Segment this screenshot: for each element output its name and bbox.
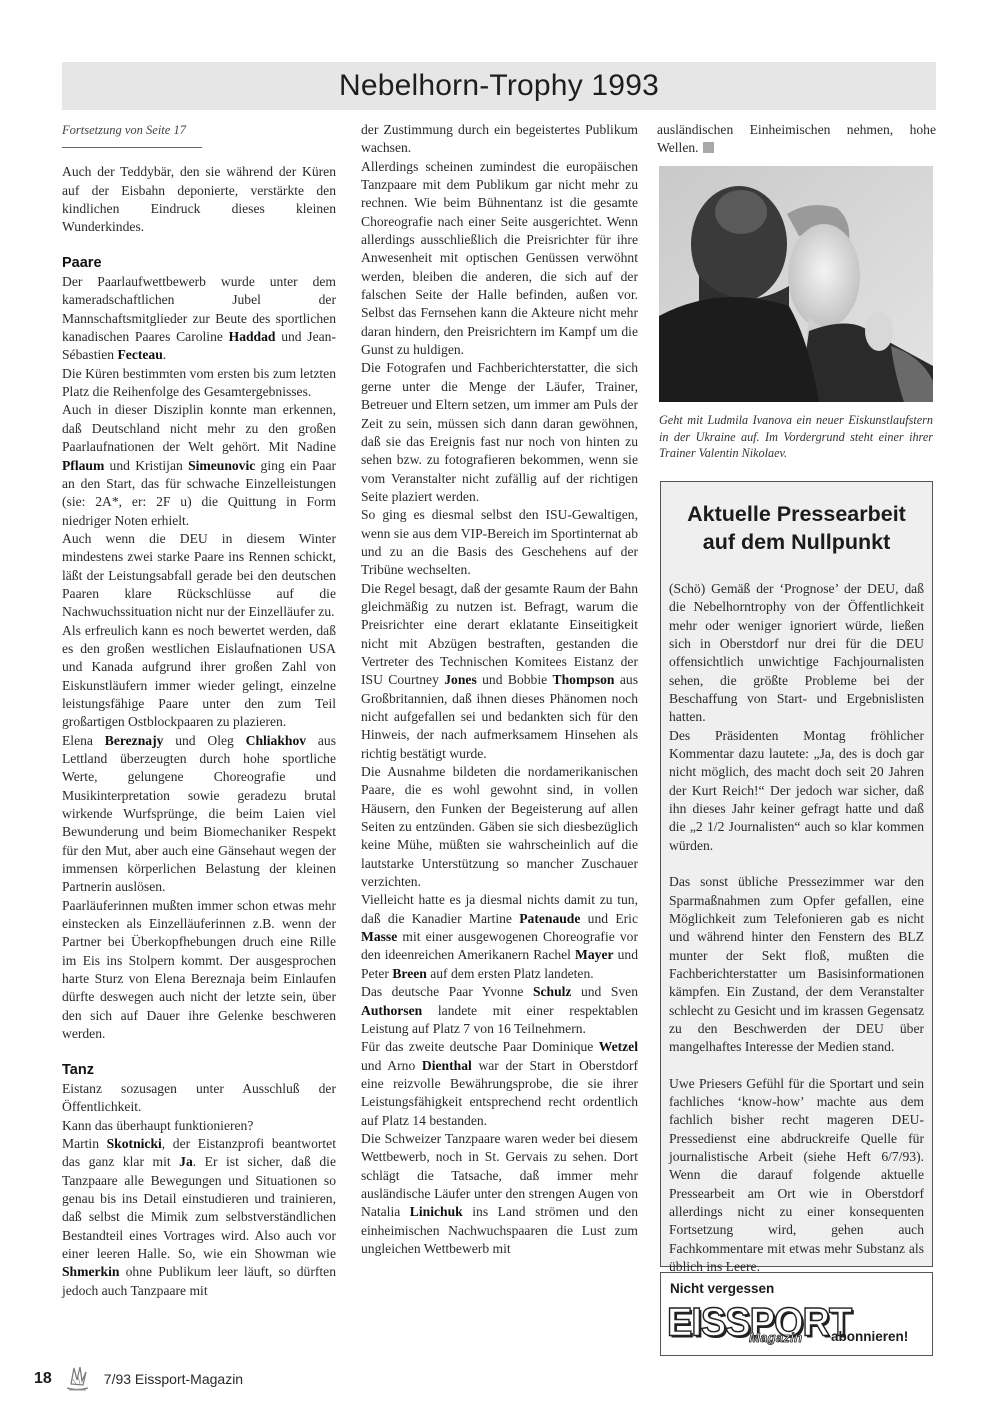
- paragraph: Eistanz sozusagen unter Ausschluß der Öf…: [62, 1080, 336, 1117]
- paragraph: Die Küren bestimmten vom ersten bis zum …: [62, 365, 336, 402]
- sidebar-title: Aktuelle Pressearbeit auf dem Nullpunkt: [669, 500, 924, 556]
- athlete-name: Masse: [361, 929, 397, 944]
- athlete-name: Simeunovic: [188, 458, 255, 473]
- sidebar-paragraph: (Schö) Gemäß der ‘Prognose’ der DEU, daß…: [669, 580, 924, 727]
- athlete-name: Fecteau: [118, 347, 163, 362]
- intro-paragraph: Auch der Teddybär, den sie während der K…: [62, 163, 336, 236]
- paragraph: Kann das überhaupt funktionieren?: [62, 1117, 336, 1135]
- coach-name: Linichuk: [410, 1204, 463, 1219]
- athlete-name: Bereznajy: [105, 733, 164, 748]
- paragraph: Als erfreulich kann es noch bewertet wer…: [62, 622, 336, 732]
- paragraph: Die Regel besagt, daß der gesamte Raum d…: [361, 580, 638, 763]
- paragraph: Auch in dieser Disziplin konnte man erke…: [62, 401, 336, 529]
- promo-label: Nicht vergessen: [670, 1281, 774, 1296]
- paragraph: Die Ausnahme bildeten die nordamerikanis…: [361, 763, 638, 891]
- paragraph: Paarläuferinnen mußten immer schon etwas…: [62, 897, 336, 1044]
- paragraph: Das deutsche Paar Yvonne Schulz und Sven…: [361, 983, 638, 1038]
- paragraph: So ging es diesmal selbst den ISU-Gewalt…: [361, 506, 638, 579]
- athlete-name: Patenaude: [519, 911, 580, 926]
- end-of-article-mark-icon: [703, 142, 714, 153]
- subscription-promo[interactable]: Nicht vergessen EISSPORT Magazin abonnie…: [660, 1272, 933, 1356]
- paragraph: Auch wenn die DEU in diesem Winter minde…: [62, 530, 336, 622]
- article-column-1: Fortsetzung von Seite 17 Auch der Teddyb…: [62, 121, 336, 1300]
- sidebar-paragraph: Uwe Priesers Gefühl für die Sportart und…: [669, 1075, 924, 1277]
- paragraph: Martin Skotnicki, der Eistanzprofi beant…: [62, 1135, 336, 1300]
- paragraph: Vielleicht hatte es ja diesmal nichts da…: [361, 891, 638, 983]
- section-heading-paare: Paare: [62, 254, 336, 272]
- athlete-name: Dienthal: [422, 1058, 472, 1073]
- issue-label: 7/93 Eissport-Magazin: [104, 1371, 243, 1387]
- official-name: Thompson: [553, 672, 615, 687]
- paragraph: ausländischen Einheimischen nehmen, hohe…: [657, 121, 936, 158]
- article-column-3: ausländischen Einheimischen nehmen, hohe…: [657, 121, 936, 158]
- athlete-name: Breen: [392, 966, 426, 981]
- paragraph: Die Fotografen und Fachberichterstatter,…: [361, 359, 638, 506]
- skaters-photo-icon: [659, 166, 933, 402]
- sidebar-paragraph: Des Präsidenten Montag fröhlicher Kommen…: [669, 727, 924, 855]
- article-photo: [659, 166, 933, 402]
- paragraph: der Zustimmung durch ein begeistertes Pu…: [361, 121, 638, 158]
- athlete-name: Mayer: [575, 947, 614, 962]
- section-heading-tanz: Tanz: [62, 1061, 336, 1079]
- athlete-name: Haddad: [229, 329, 276, 344]
- athlete-name: Shmerkin: [62, 1264, 119, 1279]
- paragraph: Für das zweite deutsche Paar Dominique W…: [361, 1038, 638, 1130]
- sidebar-paragraph: Das sonst übliche Pressezimmer war den S…: [669, 873, 924, 1056]
- page-number: 18: [34, 1370, 52, 1388]
- athlete-name: Chliakhov: [246, 733, 306, 748]
- paragraph: Elena Bereznajy und Oleg Chliakhov aus L…: [62, 732, 336, 897]
- page-footer: 18 7/93 Eissport-Magazin: [34, 1364, 243, 1394]
- official-name: Jones: [444, 672, 476, 687]
- athlete-name: Wetzel: [599, 1039, 638, 1054]
- continuation-note: Fortsetzung von Seite 17: [62, 121, 202, 148]
- skate-logo-icon: [62, 1364, 92, 1394]
- paragraph: Die Schweizer Tanzpaare waren weder bei …: [361, 1130, 638, 1258]
- athlete-name: Schulz: [533, 984, 572, 999]
- athlete-name: Skotnicki: [107, 1136, 162, 1151]
- article-column-2: der Zustimmung durch ein begeistertes Pu…: [361, 121, 638, 1258]
- emphasis: Ja: [179, 1154, 193, 1169]
- paragraph: Allerdings scheinen zumindest die europä…: [361, 158, 638, 360]
- paragraph: Der Paarlaufwettbewerb wurde unter dem k…: [62, 273, 336, 365]
- sidebar-box: Aktuelle Pressearbeit auf dem Nullpunkt …: [660, 481, 933, 1267]
- subscribe-cta: abonnieren!: [831, 1329, 908, 1344]
- photo-caption: Geht mit Ludmila Ivanova ein neuer Eisku…: [659, 412, 933, 462]
- athlete-name: Authorsen: [361, 1003, 422, 1018]
- page-title: Nebelhorn-Trophy 1993: [339, 69, 659, 103]
- title-banner: Nebelhorn-Trophy 1993: [62, 62, 936, 110]
- eissport-magazin-logo-icon: EISSPORT Magazin: [667, 1303, 827, 1347]
- athlete-name: Pflaum: [62, 458, 104, 473]
